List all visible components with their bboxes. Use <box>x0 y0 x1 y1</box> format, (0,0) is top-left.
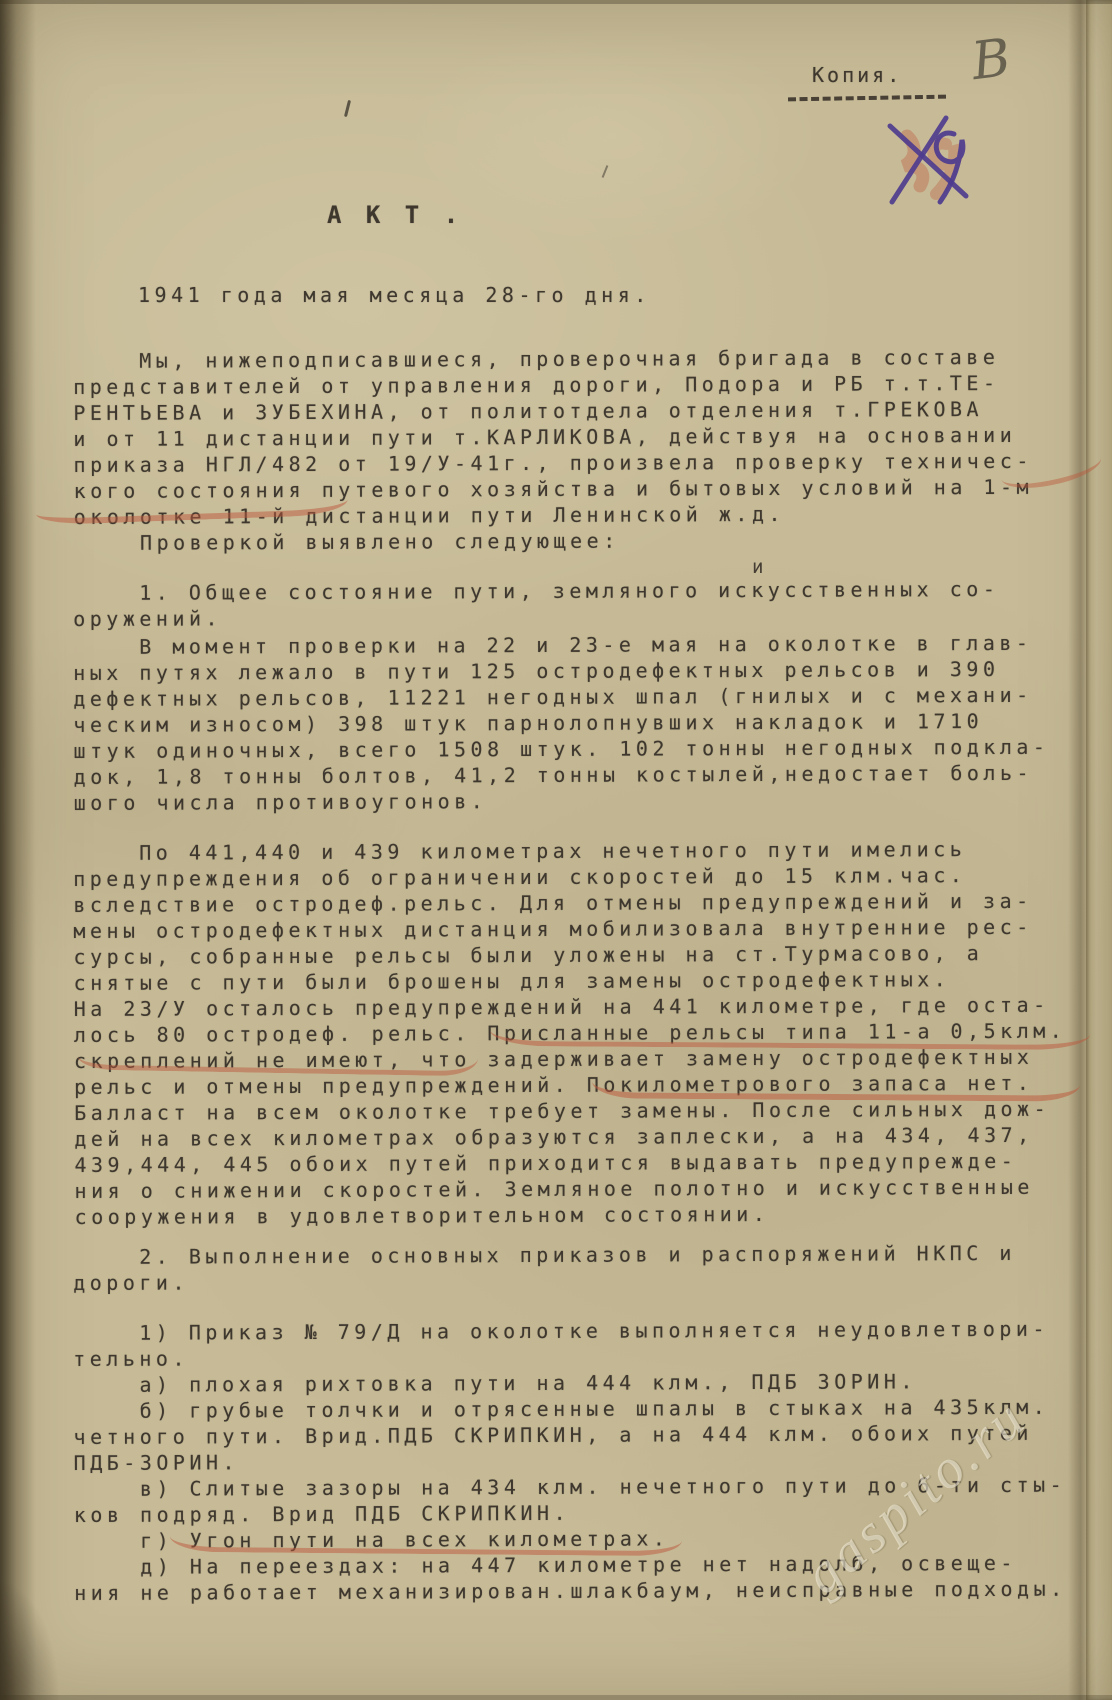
crossed-out-number-graphic <box>882 114 982 213</box>
handwritten-corner-mark: В <box>968 28 1013 92</box>
copy-stamp-label: Копия. <box>812 62 902 88</box>
intro-paragraph: Мы, нижеподписавшиеся, проверочная брига… <box>73 344 1033 556</box>
copy-stamp-underline <box>788 95 946 102</box>
paper-left-edge <box>0 0 36 1700</box>
paper-bottom-edge <box>0 1695 1112 1700</box>
ink-speck <box>602 165 609 178</box>
paper-right-edge-strip <box>1086 0 1112 1700</box>
paper-fold-shadow <box>1068 0 1086 1700</box>
document-title: А К Т . <box>327 202 463 228</box>
paper-corner-shadow <box>0 1580 60 1700</box>
section1-heading: 1. Общее состояние пути, земляного искус… <box>73 576 1000 632</box>
section2-heading: 2. Выполнение основных приказов и распор… <box>73 1240 1016 1296</box>
paper-top-edge <box>0 0 1112 4</box>
document-date-line: 1941 года мая месяца 28-го дня. <box>138 282 651 308</box>
track-condition-paragraph: В момент проверки на 22 и 23-е мая на ок… <box>73 630 1050 816</box>
scanned-document-page: Копия. В А К Т . 1941 года мая месяца 28… <box>0 0 1112 1700</box>
inserted-word-above-line: и <box>752 556 763 578</box>
speed-restriction-paragraph: По 441,440 и 439 километрах нечетного пу… <box>73 836 1067 1230</box>
ink-speck <box>344 100 351 117</box>
